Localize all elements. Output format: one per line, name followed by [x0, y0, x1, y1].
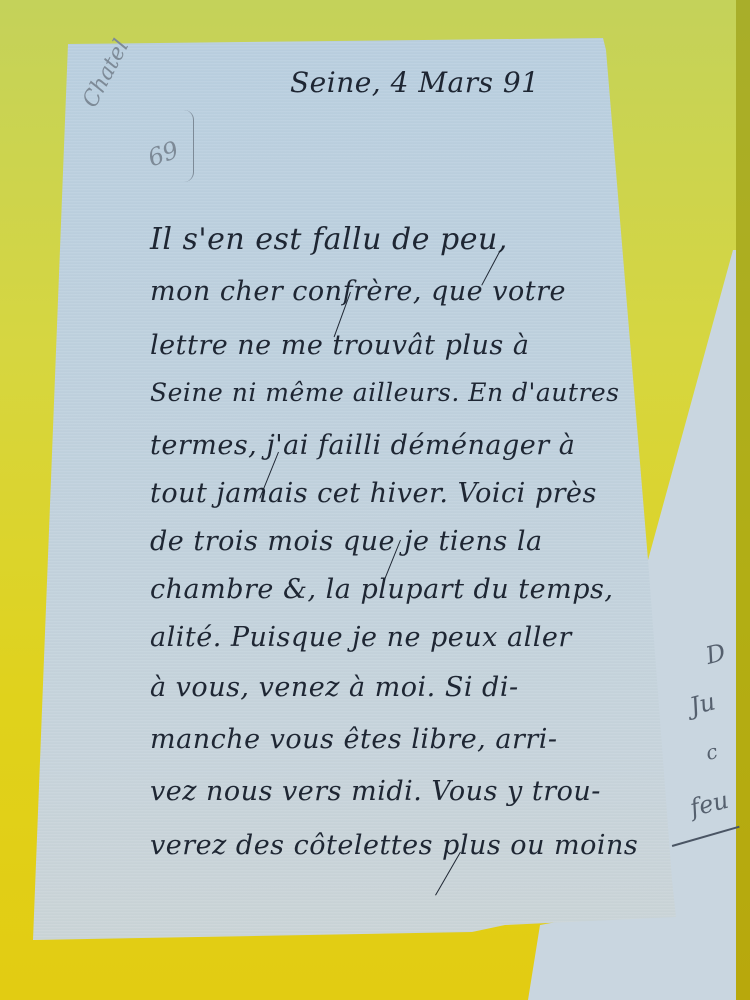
letter-line: mon cher confrère, que votre [150, 276, 566, 307]
letter-line: Seine ni même ailleurs. En d'autres [150, 378, 620, 407]
background-edge [736, 0, 750, 1000]
letter-line: verez des côtelettes plus ou moins [150, 830, 638, 861]
letter-line: Il s'en est fallu de peu, [150, 222, 508, 257]
letter-line: alité. Puisque je ne peux aller [150, 622, 572, 653]
letter-line: manche vous êtes libre, arri- [150, 724, 558, 755]
letter-line: tout jamais cet hiver. Voici près [150, 478, 597, 509]
letter-line: à vous, venez à moi. Si di- [150, 672, 519, 703]
letter-line: de trois mois que je tiens la [150, 526, 543, 557]
letter-dateline: Seine, 4 Mars 91 [290, 66, 539, 99]
letter-line: termes, j'ai failli déménager à [150, 430, 575, 461]
letter-line: lettre ne me trouvât plus à [150, 330, 529, 361]
letter-line: chambre &, la plupart du temps, [150, 574, 613, 605]
letter-line: vez nous vers midi. Vous y trou- [150, 776, 601, 807]
pencil-bracket [183, 110, 194, 182]
